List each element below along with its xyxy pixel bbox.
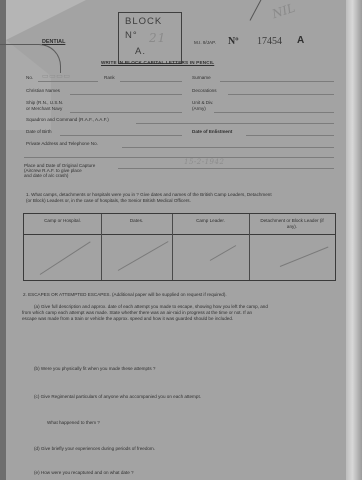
question-1-line-1: 1. What camps, detachments or hospitals … — [26, 192, 272, 197]
form-reference: M.I. 9/JAP. — [194, 40, 216, 45]
table-header-dates: Dates. — [101, 218, 172, 224]
surname-label: Surname — [192, 75, 211, 80]
dob-field[interactable] — [60, 135, 182, 136]
document-number: 17454 — [257, 36, 282, 47]
block-stamp: BLOCK N° A. 21 — [118, 12, 182, 64]
squadron-field[interactable] — [136, 123, 334, 124]
question-2a-line-2: from which camp each attempt was made. S… — [22, 310, 252, 315]
document-suffix: A — [297, 35, 304, 46]
table-divider — [172, 214, 173, 280]
unit-label-1: Unit & Div. — [192, 100, 213, 105]
question-2-title: 2. ESCAPES OR ATTEMPTED ESCAPES. (Additi… — [23, 292, 227, 297]
address-field[interactable] — [122, 147, 334, 148]
no-label: No. — [26, 75, 33, 80]
stamp-line-3: A. — [135, 46, 146, 57]
instruction-heading: WRITE IN BLOCK CAPITAL LETTERS IN PENCIL — [101, 60, 214, 65]
capture-date-value: 15-2-1942 — [184, 158, 224, 166]
unit-label-2: (Army) — [192, 106, 206, 111]
cell-strike-line — [40, 241, 91, 275]
question-2d: (d) Give briefly your experiences during… — [34, 446, 155, 451]
stamp-line-1: BLOCK — [125, 16, 162, 27]
stamp-handwritten: 21 — [149, 31, 166, 45]
number-label: Nº — [228, 36, 239, 47]
tie-string — [0, 44, 61, 73]
surname-field[interactable] — [220, 81, 334, 82]
table-divider — [101, 214, 102, 280]
unit-field[interactable] — [214, 112, 334, 113]
question-2b: (b) Were you physically fit when you mad… — [34, 366, 155, 371]
question-2a-line-3: escape was made from a train or vehicle … — [22, 316, 233, 321]
enlistment-label: Date of Enlistment — [192, 129, 232, 134]
decorations-field[interactable] — [228, 94, 334, 95]
question-2c: (c) Give Regimental particulars of anyon… — [34, 394, 201, 399]
question-1-line-2: (or Block) Leaders or, in the case of ho… — [26, 198, 191, 203]
enlistment-field[interactable] — [246, 135, 334, 136]
no-value: ▭▭▭▭ — [42, 72, 70, 80]
dob-label: Date of Birth — [26, 129, 52, 134]
classification-label: DENTIAL — [42, 39, 65, 45]
ship-label-2: or Merchant Navy — [26, 106, 62, 111]
address-field-line-2[interactable] — [24, 157, 334, 158]
address-label: Private Address and Telephone No. — [26, 141, 98, 146]
table-header-camp-leader: Camp Leader. — [172, 218, 249, 224]
question-2a-line-1: (a) Give full description and approx. da… — [34, 304, 268, 309]
rank-label: Rank — [104, 75, 115, 80]
squadron-label: Squadron and Command (R.A.F., A.A.F.) — [26, 117, 109, 122]
capture-label-3: and date of a/c crash) — [24, 173, 68, 178]
decorations-label: Decorations — [192, 88, 217, 93]
cell-strike-line — [280, 247, 329, 267]
no-field[interactable] — [38, 81, 98, 82]
cell-strike-line — [210, 245, 236, 261]
christian-names-field[interactable] — [70, 94, 182, 95]
stamp-line-2: N° — [125, 30, 138, 41]
right-edge — [346, 0, 362, 480]
table-header-camp: Camp or Hospital. — [24, 218, 101, 224]
ship-label-1: Ship (R.N., U.S.N. — [26, 100, 63, 105]
rank-field[interactable] — [120, 81, 182, 82]
cell-strike-line — [118, 241, 169, 271]
camps-table: Camp or Hospital. Dates. Camp Leader. De… — [23, 213, 336, 281]
ship-field[interactable] — [70, 112, 182, 113]
christian-names-label: Christian Names — [26, 88, 60, 93]
question-2c-followup: What happened to them ? — [47, 420, 100, 425]
question-2e: (e) How were you recaptured and on what … — [34, 470, 134, 475]
table-header-detachment-leader: Detachment or Block Leader (if any). — [249, 218, 335, 229]
capture-field[interactable] — [118, 168, 334, 169]
